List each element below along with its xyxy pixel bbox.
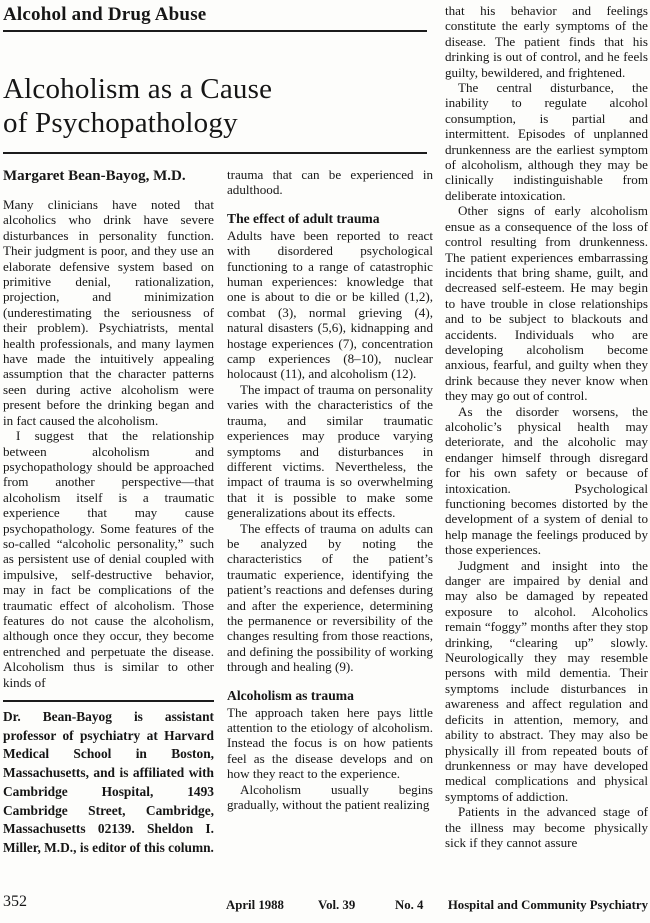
footnote-divider <box>3 700 214 702</box>
article-title: Alcoholism as a Cause of Psychopathology <box>3 72 272 140</box>
body-paragraph: Judgment and insight into the danger are… <box>445 558 648 805</box>
footer-page-number: 352 <box>3 894 27 910</box>
header-rule-bottom <box>3 152 427 154</box>
footer-volume: Vol. 39 <box>318 897 355 913</box>
body-paragraph: The effects of trauma on adults can be a… <box>227 521 433 675</box>
header-rule-top <box>3 30 427 32</box>
journal-page: Alcohol and Drug Abuse Alcoholism as a C… <box>0 0 650 923</box>
text-column-1: Margaret Bean-Bayog, M.D.Many clinicians… <box>3 167 214 858</box>
body-paragraph: The central disturbance, the inability t… <box>445 80 648 203</box>
author-affiliation-note: Dr. Bean-Bayog is assistant professor of… <box>3 708 214 858</box>
text-column-3: that his behavior and feelings constitut… <box>445 3 648 850</box>
body-paragraph: trauma that can be experienced in adulth… <box>227 167 433 198</box>
text-column-2: trauma that can be experienced in adulth… <box>227 167 433 812</box>
body-paragraph: that his behavior and feelings constitut… <box>445 3 648 80</box>
footer-issue-number: No. 4 <box>395 897 423 913</box>
article-title-line-1: Alcoholism as a Cause <box>3 72 272 106</box>
section-heading: The effect of adult trauma <box>227 211 433 226</box>
section-heading: Alcoholism as trauma <box>227 688 433 703</box>
body-paragraph: Adults have been reported to react with … <box>227 228 433 382</box>
body-paragraph: I suggest that the relationship between … <box>3 428 214 690</box>
body-paragraph: The approach taken here pays little atte… <box>227 705 433 782</box>
footer-journal-name: Hospital and Community Psychiatry <box>448 897 648 913</box>
body-paragraph: Alcoholism usually begins gradually, wit… <box>227 782 433 813</box>
body-paragraph: Other signs of early alcoholism ensue as… <box>445 203 648 403</box>
column-section-label: Alcohol and Drug Abuse <box>3 4 206 26</box>
author-byline: Margaret Bean-Bayog, M.D. <box>3 167 214 185</box>
body-paragraph: As the disorder worsens, the alcoholic’s… <box>445 404 648 558</box>
body-paragraph: Patients in the advanced stage of the il… <box>445 804 648 850</box>
body-paragraph: The impact of trauma on personality vari… <box>227 382 433 521</box>
body-paragraph: Many clinicians have noted that alcoholi… <box>3 197 214 428</box>
footer-issue-date: April 1988 <box>226 897 284 913</box>
article-title-line-2: of Psychopathology <box>3 106 272 140</box>
